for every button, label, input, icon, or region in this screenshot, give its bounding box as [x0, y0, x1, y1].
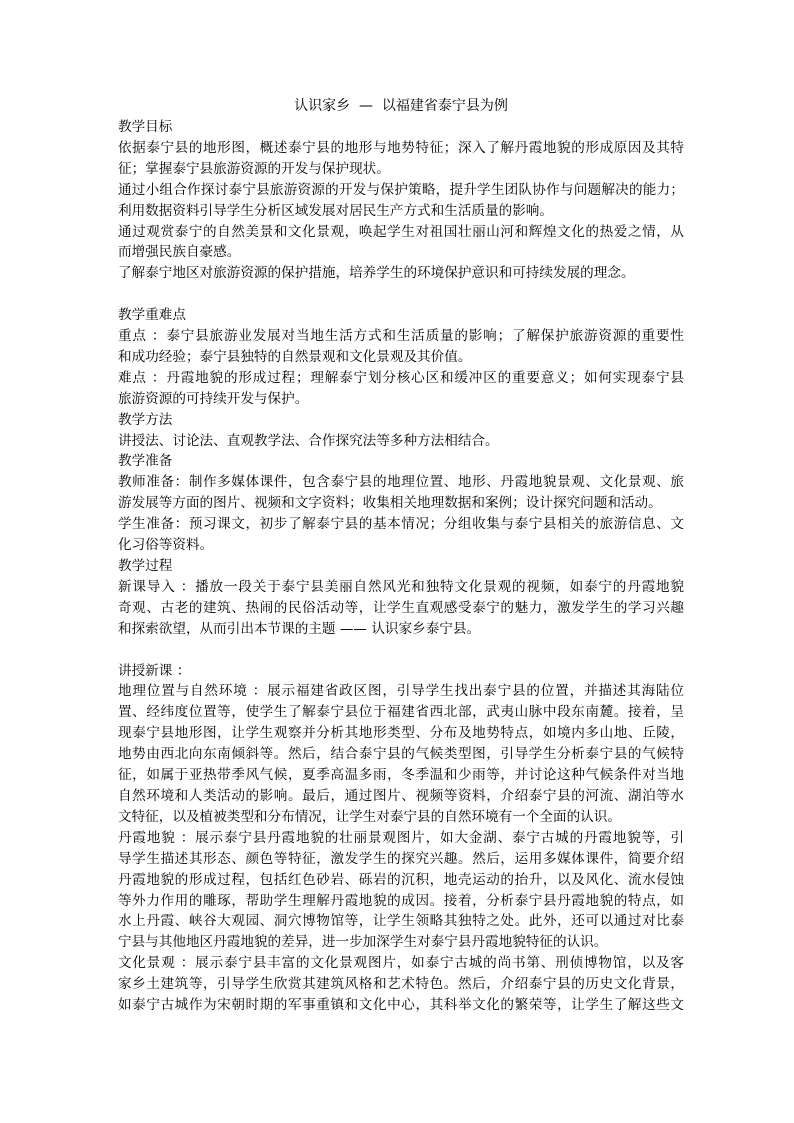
blank-line — [118, 640, 684, 661]
text-line: 学生准备：预习课文，初步了解泰宁县的基本情况；分组收集与泰宁县相关的旅游信息、文 — [118, 514, 684, 535]
text-line: 家乡土建筑等，引导学生欣赏其建筑风格和艺术特色。然后，介绍泰宁县的历史文化背景， — [118, 974, 684, 995]
text-line: 而增强民族自豪感。 — [118, 242, 684, 263]
text-line: 重点 ：泰宁县旅游业发展对当地生活方式和生活质量的影响；了解保护旅游资源的重要性 — [118, 326, 684, 347]
text-line: 利用数据资料引导学生分析区域发展对居民生产方式和生活质量的影响。 — [118, 201, 684, 222]
text-line: 依据泰宁县的地形图，概述泰宁县的地形与地势特征；深入了解丹霞地貌的形成原因及其特 — [118, 138, 684, 159]
text-line: 地理位置与自然环境 ：展示福建省政区图，引导学生找出泰宁县的位置，并描述其海陆位 — [118, 681, 684, 702]
text-line: 水上丹霞、峡谷大观园、洞穴博物馆等，让学生领略其独特之处。此外，还可以通过对比泰 — [118, 911, 684, 932]
section-heading-process: 教学过程 — [118, 556, 684, 577]
section-heading-goals: 教学目标 — [118, 117, 684, 138]
text-line: 文化景观 ：展示泰宁县丰富的文化景观图片，如泰宁古城的尚书第、刑侦博物馆，以及客 — [118, 953, 684, 974]
text-line: 置、经纬度位置等，使学生了解泰宁县位于福建省西北部，武夷山脉中段东南麓。接着，呈 — [118, 702, 684, 723]
text-line: 了解泰宁地区对旅游资源的保护措施，培养学生的环境保护意识和可持续发展的理念。 — [118, 263, 684, 284]
section-heading-preparation: 教学准备 — [118, 451, 684, 472]
text-line: 游发展等方面的图片、视频和文字资料；收集相关地理数据和案例；设计探究问题和活动。 — [118, 493, 684, 514]
text-line: 等外力作用的雕琢，帮助学生理解丹霞地貌的成因。接着，分析泰宁县丹霞地貌的特点，如 — [118, 891, 684, 912]
text-line: 宁县与其他地区丹霞地貌的差异，进一步加深学生对泰宁县丹霞地貌特征的认识。 — [118, 932, 684, 953]
text-line: 地势由西北向东南倾斜等。然后，结合泰宁县的气候类型图，引导学生分析泰宁县的气候特 — [118, 744, 684, 765]
text-line: 自然环境和人类活动的影响。最后，通过图片、视频等资料，介绍泰宁县的河流、湖泊等水 — [118, 786, 684, 807]
text-line: 化习俗等资料。 — [118, 535, 684, 556]
text-line: 和探索欲望，从而引出本节课的主题 —— 认识家乡泰宁县。 — [118, 619, 684, 640]
text-line: 丹霞地貌的形成过程，包括红色砂岩、砾岩的沉积，地壳运动的抬升，以及风化、流水侵蚀 — [118, 870, 684, 891]
text-line: 如泰宁古城作为宋朝时期的军事重镇和文化中心，其科举文化的繁荣等，让学生了解这些文 — [118, 995, 684, 1016]
text-line: 通过小组合作探讨泰宁县旅游资源的开发与保护策略，提升学生团队协作与问题解决的能力… — [118, 180, 684, 201]
text-line: 丹霞地貌 ：展示泰宁县丹霞地貌的壮丽景观图片，如大金湖、泰宁古城的丹霞地貌等，引 — [118, 828, 684, 849]
text-line: 旅游资源的可持续开发与保护。 — [118, 389, 684, 410]
text-line: 新课导入 ：播放一段关于泰宁县美丽自然风光和独特文化景观的视频，如泰宁的丹霞地貌 — [118, 577, 684, 598]
section-heading-keypoints: 教学重难点 — [118, 305, 684, 326]
text-line: 文特征，以及植被类型和分布情况，让学生对泰宁县的自然环境有一个全面的认识。 — [118, 807, 684, 828]
document-title: 认识家乡 — 以福建省泰宁县为例 — [118, 96, 684, 117]
section-heading-methods: 教学方法 — [118, 410, 684, 431]
text-line: 通过观赏泰宁的自然美景和文化景观，唤起学生对祖国壮丽山河和辉煌文化的热爱之情，从 — [118, 222, 684, 243]
text-line: 征，如属于亚热带季风气候，夏季高温多雨，冬季温和少雨等，并讨论这种气候条件对当地 — [118, 765, 684, 786]
text-line: 征；掌握泰宁县旅游资源的开发与保护现状。 — [118, 159, 684, 180]
text-line: 教师准备：制作多媒体课件，包含泰宁县的地理位置、地形、丹霞地貌景观、文化景观、旅 — [118, 472, 684, 493]
text-line: 现泰宁县地形图，让学生观察并分析其地形类型、分布及地势特点，如境内多山地、丘陵， — [118, 723, 684, 744]
text-line: 导学生描述其形态、颜色等特征，激发学生的探究兴趣。然后，运用多媒体课件，简要介绍 — [118, 849, 684, 870]
text-line: 和成功经验；泰宁县独特的自然景观和文化景观及其价值。 — [118, 347, 684, 368]
blank-line — [118, 284, 684, 305]
text-line: 难点 ：丹霞地貌的形成过程；理解泰宁划分核心区和缓冲区的重要意义；如何实现泰宁县 — [118, 368, 684, 389]
section-heading-newlesson: 讲授新课 ： — [118, 661, 684, 682]
document-page: 认识家乡 — 以福建省泰宁县为例 教学目标 依据泰宁县的地形图，概述泰宁县的地形… — [118, 96, 684, 1016]
text-line: 奇观、古老的建筑、热闹的民俗活动等，让学生直观感受泰宁的魅力，激发学生的学习兴趣 — [118, 598, 684, 619]
text-line: 讲授法、讨论法、直观教学法、合作探究法等多种方法相结合。 — [118, 431, 684, 452]
